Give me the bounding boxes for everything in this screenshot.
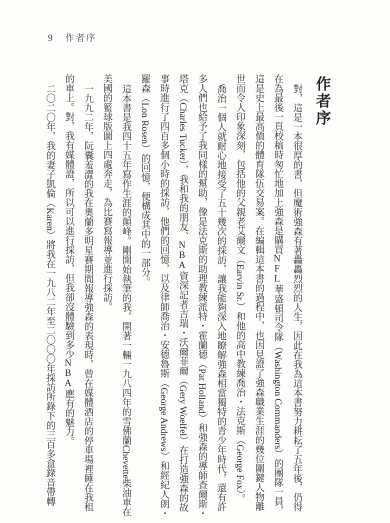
running-head: 9 作者序 xyxy=(48,31,97,44)
running-head-section: 作者序 xyxy=(65,33,97,43)
preface-body: 對，這是一本很厚的書，但魔術強森有著轟轟烈烈的人生，因此在我為這本書努力耕耘了五… xyxy=(23,74,305,520)
paragraph: 二〇二〇年，我的妻子凱倫（Karen）將我在一九八二年至二〇〇〇年採訪所錄下的三… xyxy=(39,74,58,520)
page-number: 9 xyxy=(48,33,53,43)
upright-latin-segment: NBA xyxy=(177,241,187,271)
text-segment: 這本書是我四十五年寫作生涯的顛峰。剛開始執筆的我，開著一輛一九八四年的雪佛蘭Ch… xyxy=(101,74,130,516)
upright-latin-segment: NFL xyxy=(272,255,282,285)
paragraph: 喬治一個人就耐心地接受了五十幾次的採訪，讓我能夠深入地瞭解強森相當獨特的青少年時… xyxy=(134,74,229,520)
chapter-title: 作者序 xyxy=(312,76,333,127)
paragraph: 這本書是我四十五年寫作生涯的顛峰。剛開始執筆的我，開著一輛一九八四年的雪佛蘭Ch… xyxy=(96,74,134,520)
text-segment: 二〇二〇年，我的妻子凱倫（Karen）將我在一九八二年至二〇〇〇年採訪所錄下的三… xyxy=(44,84,54,506)
upright-latin-segment: NBA xyxy=(63,359,73,389)
paragraph: 一九九二年，阮囊羞澀的我在奧蘭多明星賽期間報導強森的表現時，曾在媒體酒店的停車場… xyxy=(58,74,96,520)
paragraph: 對，這是一本很厚的書，但魔術強森有著轟轟烈烈的人生，因此在我為這本書努力耕耘了五… xyxy=(229,74,305,520)
text-segment: 應有的魅力。 xyxy=(63,389,73,446)
book-page: 9 作者序 作者序 對，這是一本很厚的書，但魔術強森有著轟轟烈烈的人生，因此在我… xyxy=(0,0,390,523)
